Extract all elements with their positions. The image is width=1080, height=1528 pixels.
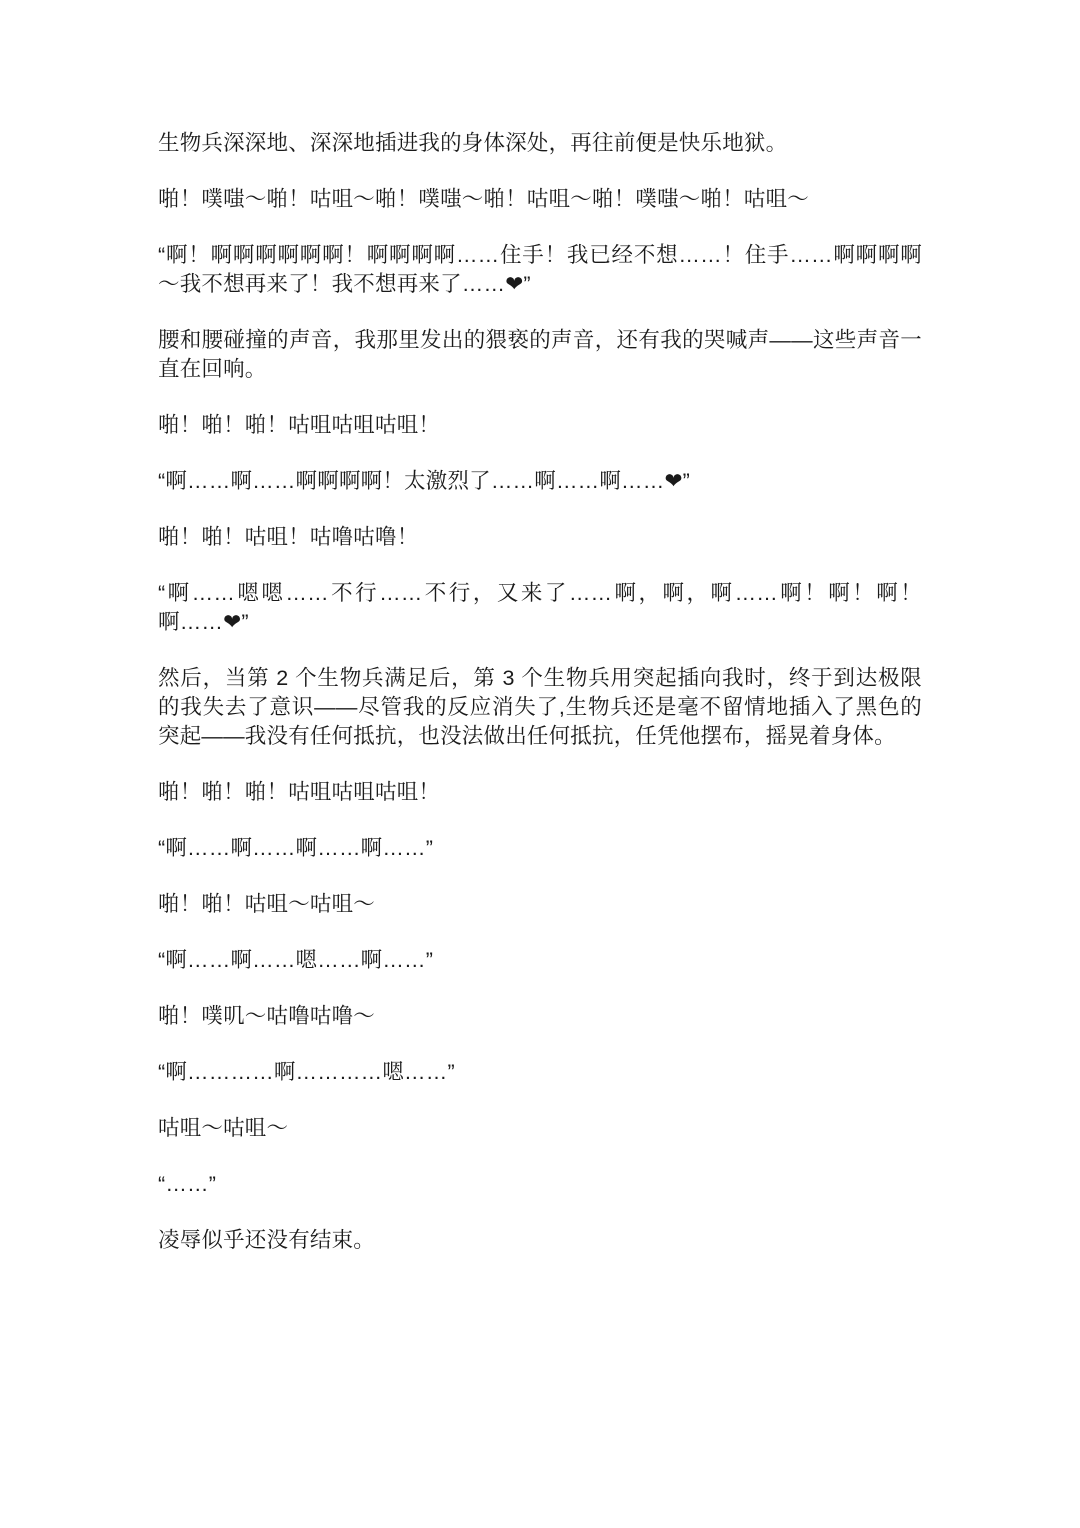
story-paragraph-sfx: 啪！啪！咕咀！咕噜咕噜！ [158, 523, 922, 552]
story-paragraph-sfx: 啪！噗嗤～啪！咕咀～啪！噗嗤～啪！咕咀～啪！噗嗤～啪！咕咀～ [158, 185, 922, 214]
story-paragraph-dialogue: “啊…………啊…………嗯……” [158, 1058, 922, 1087]
story-paragraph-dialogue: “啊……啊……啊……啊……” [158, 834, 922, 863]
story-paragraph: 凌辱似乎还没有结束。 [158, 1226, 922, 1255]
story-paragraph-sfx: 啪！啪！啪！咕咀咕咀咕咀！ [158, 778, 922, 807]
story-paragraph: 腰和腰碰撞的声音，我那里发出的猥亵的声音，还有我的哭喊声——这些声音一直在回响。 [158, 326, 922, 384]
document-page: 生物兵深深地、深深地插进我的身体深处，再往前便是快乐地狱。 啪！噗嗤～啪！咕咀～… [0, 0, 1080, 1528]
story-paragraph-sfx: 啪！噗叽～咕噜咕噜～ [158, 1002, 922, 1031]
story-paragraph-dialogue: “啊……啊……嗯……啊……” [158, 946, 922, 975]
story-paragraph-sfx: 啪！啪！咕咀～咕咀～ [158, 890, 922, 919]
story-paragraph: 然后，当第 2 个生物兵满足后，第 3 个生物兵用突起插向我时，终于到达极限的我… [158, 664, 922, 751]
story-paragraph-dialogue: “……” [158, 1170, 922, 1199]
document-body: 生物兵深深地、深深地插进我的身体深处，再往前便是快乐地狱。 啪！噗嗤～啪！咕咀～… [158, 129, 922, 1255]
story-paragraph-sfx: 啪！啪！啪！咕咀咕咀咕咀！ [158, 411, 922, 440]
story-paragraph: 生物兵深深地、深深地插进我的身体深处，再往前便是快乐地狱。 [158, 129, 922, 158]
story-paragraph-dialogue: “啊……嗯嗯……不行……不行，又来了……啊，啊，啊……啊！啊！啊！啊……❤” [158, 579, 922, 637]
story-paragraph-dialogue: “啊……啊……啊啊啊啊！太激烈了……啊……啊……❤” [158, 467, 922, 496]
story-paragraph-dialogue: “啊！啊啊啊啊啊啊！啊啊啊啊……住手！我已经不想……！住手……啊啊啊啊～我不想再… [158, 241, 922, 299]
story-paragraph-sfx: 咕咀～咕咀～ [158, 1114, 922, 1143]
